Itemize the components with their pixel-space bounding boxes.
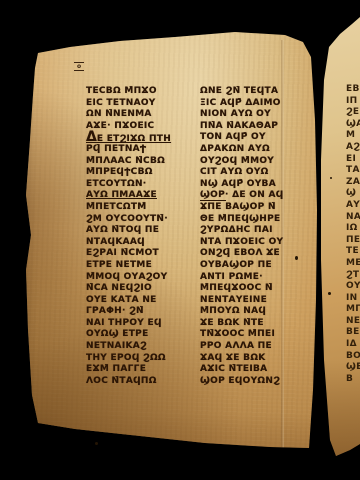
- manuscript-line: Μ̄ΠΟΥΩ ΝΑϤ: [200, 306, 310, 318]
- manuscript-line: ΛΟC Ν̄ΤΑϤΠΩ: [86, 376, 194, 388]
- stain-speck: [95, 442, 98, 445]
- manuscript-line: Μ̄ΠΡΕϤϮCΒΩ: [86, 167, 194, 179]
- manuscript-line: Μ̄ΜΟϤ ΟΥΑϨΟΥ: [86, 272, 194, 284]
- manuscript-line: ΟΥΒΑϢΟΡ ΠΕ: [200, 260, 310, 272]
- manuscript-line-fragment: ΤΑ: [346, 165, 360, 177]
- manuscript-line: ΕϪΜ̄ ΠΑΓΓΕ: [86, 364, 194, 376]
- manuscript-line-fragment: ΕΒ: [346, 84, 360, 96]
- manuscript-line: ΟΝϨϤ̄ ΕΒΟΛ ϪΕ: [200, 248, 310, 260]
- manuscript-line-fragment: ΜΠ: [346, 304, 360, 316]
- manuscript-line-fragment: ΠΕ: [346, 235, 360, 247]
- manuscript-line: ΝΕΝΤΑΥΕΙΝΕ: [200, 295, 310, 307]
- manuscript-line: ΤΟΝ ΑϤΡ̄ ΟΥ: [200, 132, 310, 144]
- manuscript-line: ΝϢ ΑϤΡ̄ ΟΥΒΑ: [200, 179, 310, 191]
- manuscript-line-fragment: ϨΕ: [346, 107, 360, 119]
- manuscript-line: ΝΑΙ ΤΗΡΟΥ ΕϤ: [86, 318, 194, 330]
- manuscript-line: CΙΤ ΑΥΩ ΟΥΩ: [200, 167, 310, 179]
- manuscript-line: ΑΥΩ ΠΜΑΑϪΕ: [86, 190, 194, 202]
- manuscript-line-fragment: ϢΑ: [346, 119, 360, 131]
- manuscript-line-fragment: ΙΩ: [346, 223, 360, 235]
- manuscript-line: ϪΠΕ ΒΑϢΟΡ Ν̄: [200, 202, 310, 214]
- manuscript-line: ϪΕ ΒΩΚ Ν̄ΤΕ: [200, 318, 310, 330]
- manuscript-line: Μ̄ΠΕΤCΩΤΜ̄: [86, 202, 194, 214]
- manuscript-line: ΟΥϨΟϤ Μ̄ΜΟΥ: [200, 156, 310, 168]
- manuscript-line: ΔΡΑΚΩΝ ΑΥΩ: [200, 144, 310, 156]
- manuscript-line: ΩΝΕ ϨΝ̄ ΤΕϤΤΑ: [200, 86, 310, 98]
- manuscript-line-fragment: ΑΥ: [346, 200, 360, 212]
- manuscript-line-fragment: ΒΟ: [346, 351, 360, 363]
- manuscript-line: ϢΟΡ ΕϤΟΥΩΝϨ: [200, 376, 310, 388]
- manuscript-line: ΔΕ ΕΤϨΙϪΩ ΠΤΗ: [86, 132, 194, 144]
- manuscript-line-fragment: ΟΥ: [346, 281, 360, 293]
- manuscript-line: ΑϪΕ· ΠϪΟΕΙC: [86, 121, 194, 133]
- manuscript-line: ΠΝ̄Α Ν̄ΑΚΑΘΑΡ: [200, 121, 310, 133]
- next-page-text-fragments: ΕΒ ΙΠ ϨΕ ϢΑ Μ ΑϨ ΕΙ ΤΑ ΖΑ Ϣ ΑΥ ΝΑ ΙΩ ΠΕ …: [346, 84, 360, 385]
- manuscript-line: ΡϤ̄ ΠΕΤΝΑϮ: [86, 144, 194, 156]
- manuscript-line: ϢΟΡ· ΔΕ ΟΝ ΑϤ: [200, 190, 310, 202]
- manuscript-line-fragment: ΕΙ: [346, 154, 360, 166]
- manuscript-line: ΕϨΡΑΙ Ν̄CΜΟΤ: [86, 248, 194, 260]
- manuscript-line-fragment: ϢΕ: [346, 362, 360, 374]
- manuscript-line-fragment: ΝΑ: [346, 212, 360, 224]
- manuscript-line-fragment: Β: [346, 374, 360, 386]
- manuscript-line-fragment: ΜΕ: [346, 258, 360, 270]
- manuscript-line: ΤΝ̄ϪΟΟC Μ̄ΠΕΙ: [200, 329, 310, 341]
- folio-number-mark: o: [74, 62, 84, 71]
- manuscript-line: ΤΗΥ ΕΡΟϤ ϨΩΩ: [86, 353, 194, 365]
- manuscript-line: Μ̄ΠΕϤϪΟΟC Ν̄: [200, 283, 310, 295]
- manuscript-line: Μ̄ΠΛΑΑC Ν̄CΒΩ: [86, 156, 194, 168]
- manuscript-line: ΝΤΑ ΠϪΟΕΙC ΟΥ: [200, 237, 310, 249]
- manuscript-line-fragment: Ϣ: [346, 188, 360, 200]
- manuscript-line-fragment: ΙΝ: [346, 293, 360, 305]
- manuscript-line: ΕΤCΟΥΤΩΝ·: [86, 179, 194, 191]
- stain-speck: [328, 292, 331, 295]
- manuscript-line: ΑϪΙC Ν̄ΤΕΙΒΑ: [200, 364, 310, 376]
- manuscript-line: ϨΜ ΟΥCΟΟΥΤΝ̄·: [86, 214, 194, 226]
- manuscript-line-fragment: Μ: [346, 130, 360, 142]
- manuscript-line: ΝΤΑϤΚΑΑϤ: [86, 237, 194, 249]
- stain-speck: [330, 177, 332, 179]
- stain-speck: [295, 256, 298, 260]
- manuscript-line: ΓΡΑΦΗ· ϨΝ̄: [86, 306, 194, 318]
- manuscript-line: ΟΥΩϢ ΕΤΡΕ: [86, 329, 194, 341]
- manuscript-line: ΘΕ Μ̄ΠΕϤϢΗΡΕ: [200, 214, 310, 226]
- manuscript-line-fragment: ΒΕ: [346, 327, 360, 339]
- manuscript-line-fragment: ΙΔ: [346, 339, 360, 351]
- manuscript-line: ϨΥΡΩΔΗC ΠΑΙ: [200, 225, 310, 237]
- manuscript-line-fragment: ΤΕ: [346, 246, 360, 258]
- manuscript-line: ΞΙC ΑϤΡ̄ ΔΑΙΜΟ: [200, 98, 310, 110]
- photo-background: o ΤΕCΒΩ Μ̄ΠϪΟ ΕΙC ΤΕΤΝΑΟΥ ΩΝ Ν̄ΝΕΝΜΑ ΑϪΕ…: [0, 0, 360, 480]
- manuscript-line: Ν̄CΑ ΝΕϤϨΙΟ: [86, 283, 194, 295]
- manuscript-line: ΑΥΩ Ν̄ΤΟϤ ΠΕ: [86, 225, 194, 237]
- manuscript-line: ΝΙΟΝ ΑΥΩ ΟΥ: [200, 109, 310, 121]
- manuscript-line: ΤΕCΒΩ Μ̄ΠϪΟ: [86, 86, 194, 98]
- manuscript-line: ΝΕΤΝΑΙΚΑϨ: [86, 341, 194, 353]
- manuscript-line: ΡΡΟ ΑΛΛΑ ΠΕ: [200, 341, 310, 353]
- manuscript-line-fragment: ΝΕ: [346, 316, 360, 328]
- text-column-right: ΩΝΕ ϨΝ̄ ΤΕϤΤΑ ΞΙC ΑϤΡ̄ ΔΑΙΜΟ ΝΙΟΝ ΑΥΩ ΟΥ…: [200, 86, 310, 387]
- manuscript-line: ΟΥΕ ΚΑΤΑ ΝΕ: [86, 295, 194, 307]
- manuscript-line-fragment: ϨΤ: [346, 270, 360, 282]
- manuscript-line-fragment: ΖΑ: [346, 177, 360, 189]
- manuscript-line: ΑΝΤΙ ΡΩΜΕ·: [200, 272, 310, 284]
- text-column-left: ΤΕCΒΩ Μ̄ΠϪΟ ΕΙC ΤΕΤΝΑΟΥ ΩΝ Ν̄ΝΕΝΜΑ ΑϪΕ· …: [86, 86, 194, 387]
- manuscript-line: ΩΝ Ν̄ΝΕΝΜΑ: [86, 109, 194, 121]
- manuscript-line-fragment: ΑϨ: [346, 142, 360, 154]
- manuscript-line-fragment: ΙΠ: [346, 96, 360, 108]
- manuscript-line: ΕΤΡΕ ΝΕΤΜΕ: [86, 260, 194, 272]
- manuscript-line: ΕΙC ΤΕΤΝΑΟΥ: [86, 98, 194, 110]
- manuscript-line: ϪΑϤ ϪΕ ΒΩΚ: [200, 353, 310, 365]
